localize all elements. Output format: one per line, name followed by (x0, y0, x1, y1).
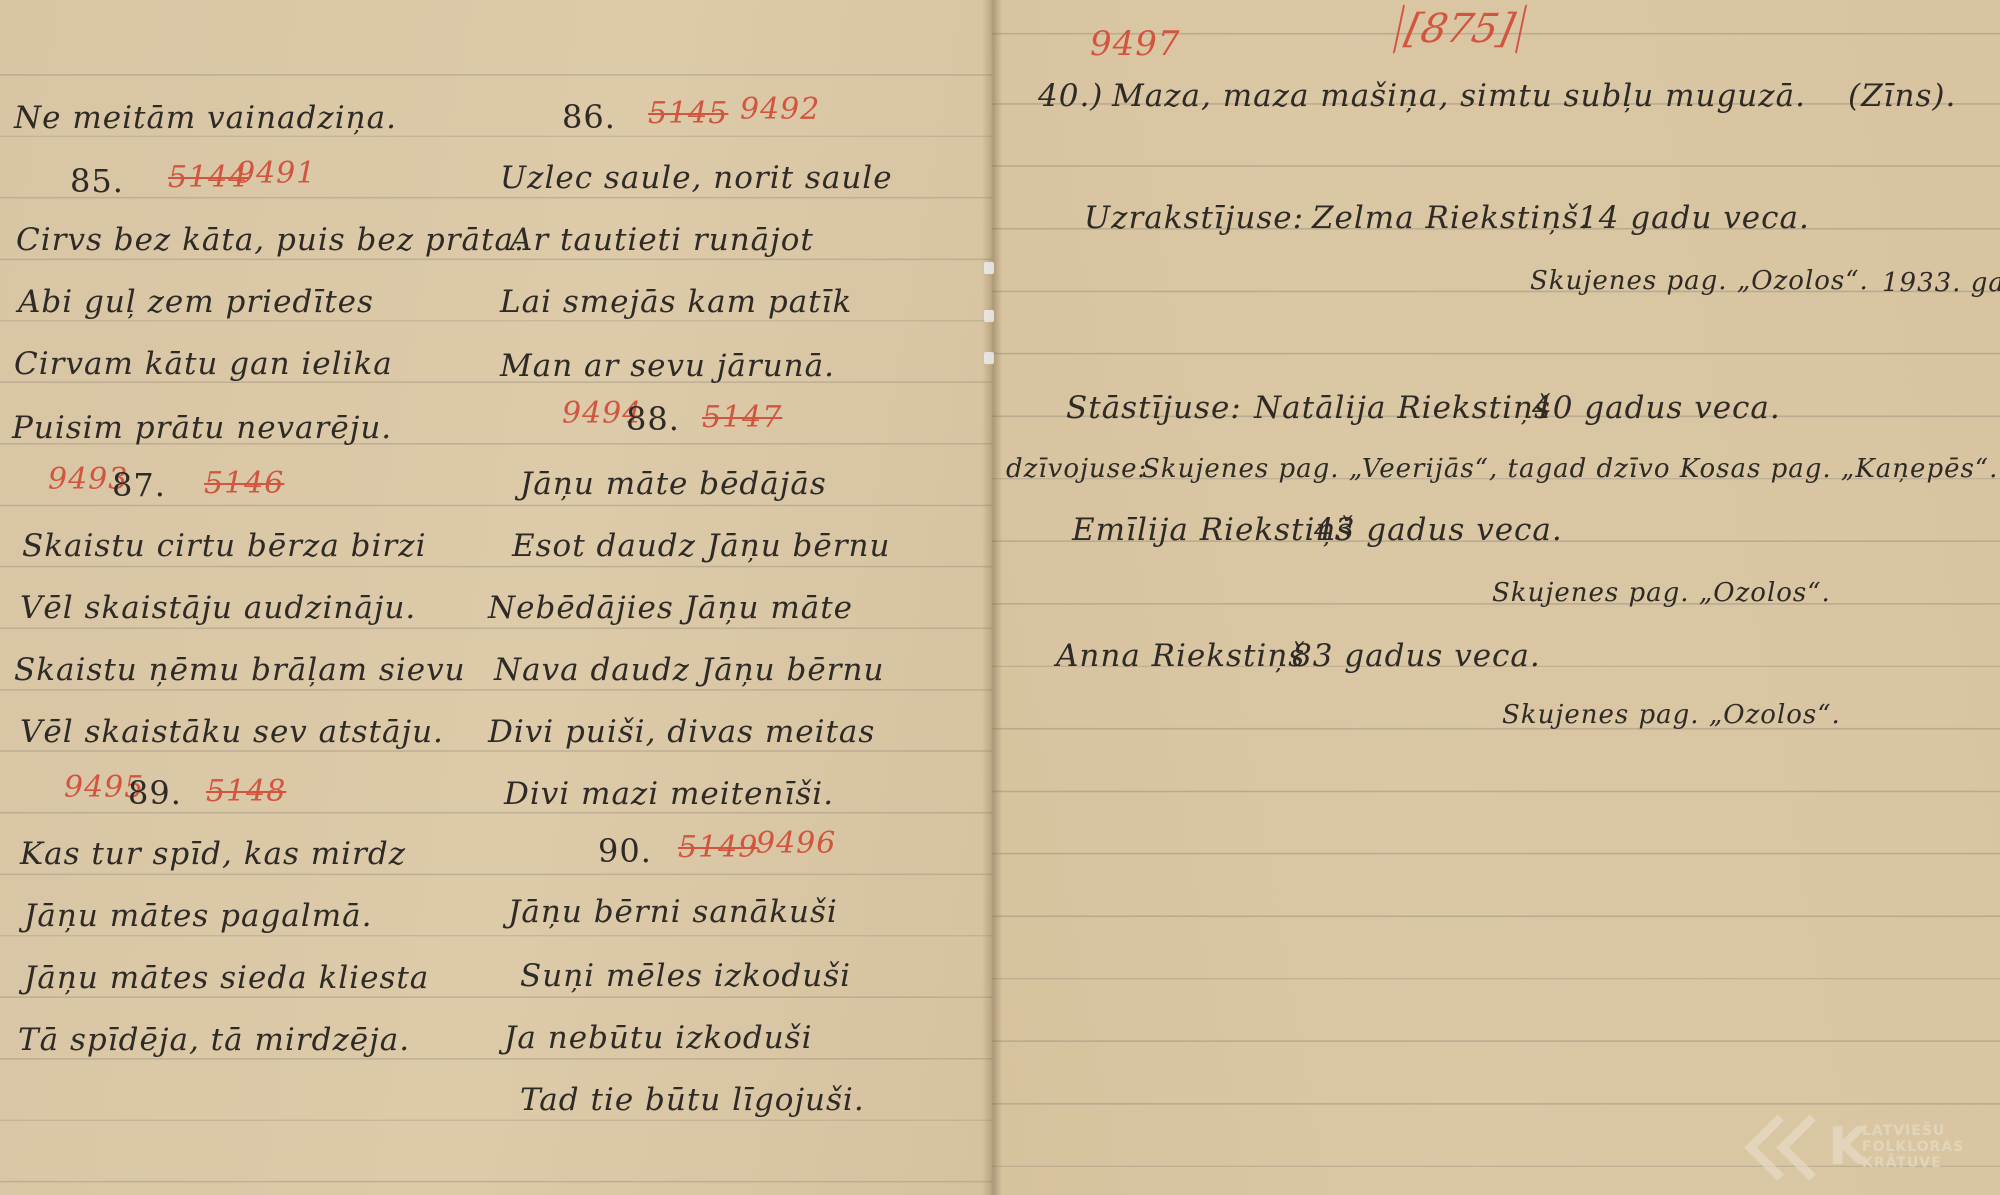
narrator-age: 83 gadus veca. (1292, 638, 1541, 674)
recorder-age: 14 gadu veca. (1578, 200, 1810, 236)
narrators-label: Stāstījuse: (1066, 390, 1242, 426)
old-number-struck: 5149 (678, 830, 758, 865)
verse-line: Tā spīdēja, tā mirdzēja. (18, 1022, 410, 1058)
verse-line: Ja nebūtu izkoduši (504, 1020, 813, 1056)
narrator-residence-label: dzīvojuse: (1006, 454, 1147, 484)
verse-line: Uzlec saule, norit saule (500, 160, 893, 196)
verse-line: Divi puiši, divas meitas (488, 714, 875, 750)
page-gutter (982, 0, 1002, 1195)
verse-line: Jāņu māte bēdājās (520, 466, 827, 502)
verse-line: Cirvam kātu gan ielika (14, 346, 393, 382)
narrator-age: 43 gadus veca. (1314, 512, 1563, 548)
recorder-name: Zelma Riekstiņš. (1312, 200, 1590, 236)
lfk-logo-icon: LFK K (1742, 1112, 1862, 1182)
recorder-label: Uzrakstījuse: (1084, 200, 1304, 236)
song-number: 86. (562, 98, 616, 136)
verse-line: Kas tur spīd, kas mirdz (20, 836, 406, 872)
binding-hole (984, 262, 994, 274)
verse-line: Jāņu mātes pagalmā. (24, 898, 372, 934)
old-number-struck: 5148 (206, 774, 286, 809)
narrator-age: 40 gadus veca. (1532, 390, 1781, 426)
riddle-text: Maza, maza mašiņa, simtu subļu muguzā. (1112, 78, 1806, 114)
verse-line: Jāņu bērni sanākuši (508, 894, 838, 930)
old-number-struck: 5147 (702, 400, 782, 435)
archive-number: 9497 (1090, 24, 1181, 64)
verse-line: Tad tie būtu līgojuši. (520, 1082, 865, 1118)
archive-number: 9491 (236, 156, 316, 191)
narrator-place: Skujenes pag. „Ozolos“. (1502, 700, 1841, 730)
narrator-place: Skujenes pag. „Ozolos“. (1492, 578, 1831, 608)
song-number: 88. (626, 400, 680, 438)
verse-line: Lai smejās kam patīk (500, 284, 852, 320)
verse-line: Cirvs bez kāta, puis bez prāta. (16, 222, 525, 258)
narrator-residence: Skujenes pag. „Veerijās“, tagad dzīvo Ko… (1142, 454, 1998, 484)
recorder-place: Skujenes pag. „Ozolos“. (1530, 266, 1869, 296)
song-number: 85. (70, 162, 124, 200)
narrator-name: Emīlija Riekstiņš (1072, 512, 1353, 548)
verse-line: Suņi mēles izkoduši (520, 958, 851, 994)
verse-line: Puisim prātu nevarēju. (12, 410, 392, 446)
verse-line: Man ar sevu jārunā. (500, 348, 835, 384)
left-page: Ne meitām vainadziņa. 85. 5144 9491 Cirv… (0, 0, 992, 1195)
narrator-name: Natālija Riekstiņš (1254, 390, 1551, 426)
manuscript-spread: Ne meitām vainadziņa. 85. 5144 9491 Cirv… (0, 0, 2000, 1195)
verse-line: Nebēdājies Jāņu māte (488, 590, 853, 626)
narrator-name: Anna Riekstiņš (1056, 638, 1305, 674)
watermark-text: LATVIEŠU FOLKLORAS KRĀTUVE (1862, 1123, 1964, 1171)
verse-line: Skaistu ņēmu brāļam sievu (14, 652, 466, 688)
recorder-year: 1933. gad. (1882, 268, 2000, 298)
verse-line: Vēl skaistāku sev atstāju. (20, 714, 444, 750)
verse-line: Ar tautieti runājot (510, 222, 814, 258)
verse-line: Esot daudz Jāņu bērnu (512, 528, 890, 564)
verse-line: Skaistu cirtu bērza birzi (22, 528, 426, 564)
old-number-struck: 5146 (204, 466, 284, 501)
binding-hole (984, 310, 994, 322)
song-number: 89. (128, 774, 182, 812)
carryover-line: Ne meitām vainadziņa. (14, 100, 397, 136)
riddle-number: 40.) (1038, 78, 1103, 114)
archive-watermark-logo: LFK K LATVIEŠU FOLKLORAS KRĀTUVE (1742, 1112, 1980, 1182)
verse-line: Nava daudz Jāņu bērnu (494, 652, 884, 688)
song-number: 90. (598, 832, 652, 870)
verse-line: Abi guļ zem priedītes (18, 284, 374, 320)
right-page: 9497 [875] 40.) Maza, maza mašiņa, simtu… (992, 0, 2000, 1195)
archive-number: 9492 (740, 92, 820, 127)
verse-line: Vēl skaistāju audzināju. (20, 590, 416, 626)
old-number-struck: 5145 (648, 96, 728, 131)
verse-line: Divi mazi meitenīši. (504, 776, 834, 812)
riddle-tag: (Zīns). (1848, 78, 1956, 114)
binding-hole (984, 352, 994, 364)
page-number-bracketed: [875] (1393, 4, 1527, 54)
verse-line: Jāņu mātes sieda kliesta (24, 960, 429, 996)
song-number: 87. (112, 466, 166, 504)
archive-number: 9496 (756, 826, 836, 861)
